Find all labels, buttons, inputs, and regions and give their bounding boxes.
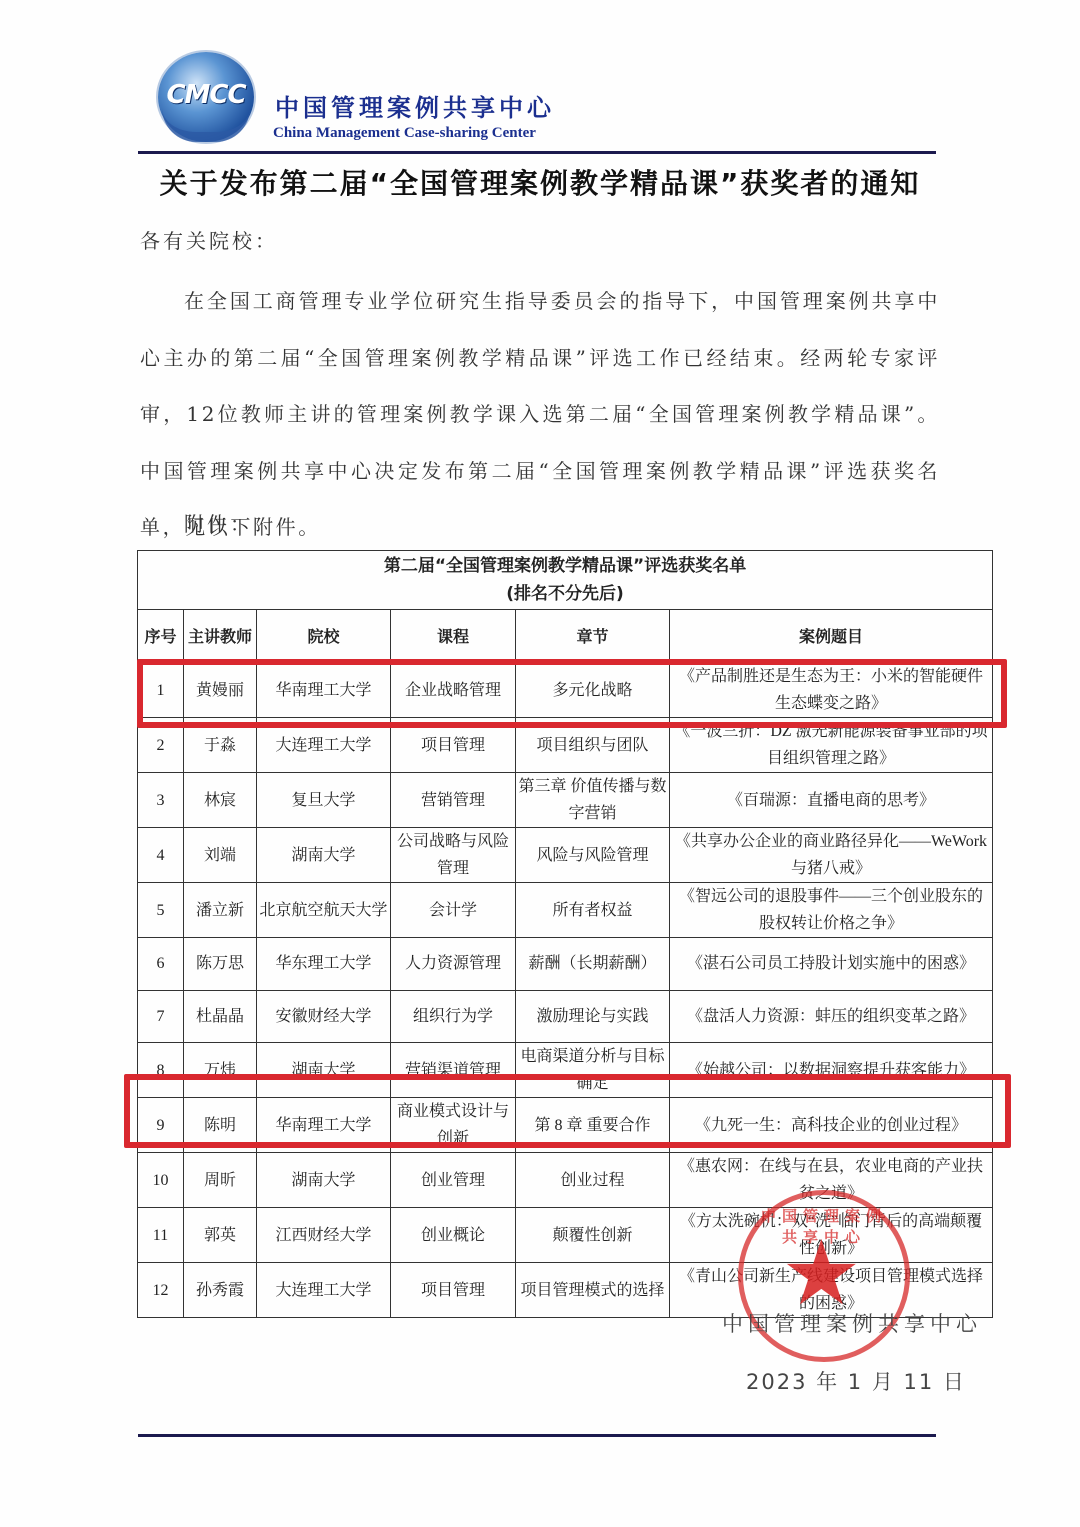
cell-chapter: 项目组织与团队 <box>516 718 670 773</box>
table-caption-note: (排名不分先后) <box>140 580 990 608</box>
cell-case-title: 《共享办公企业的商业路径异化——WeWork 与猪八戒》 <box>670 828 993 883</box>
cell-chapter: 薪酬（长期薪酬） <box>516 938 670 991</box>
cell-course: 营销管理 <box>391 773 516 828</box>
cell-case-title: 《智远公司的退股事件——三个创业股东的股权转让价格之争》 <box>670 883 993 938</box>
cell-teacher: 万炜 <box>184 1043 257 1098</box>
header-course: 课程 <box>391 610 516 663</box>
cell-chapter: 创业过程 <box>516 1153 670 1208</box>
header-case-title: 案例题目 <box>670 610 993 663</box>
cell-index: 5 <box>138 883 184 938</box>
cell-chapter: 颠覆性创新 <box>516 1208 670 1263</box>
cell-teacher: 林宸 <box>184 773 257 828</box>
cell-index: 2 <box>138 718 184 773</box>
cell-chapter: 第 8 章 重要合作 <box>516 1098 670 1153</box>
salutation: 各有关院校： <box>140 225 278 254</box>
table-caption-row: 第二届“全国管理案例教学精品课”评选获奖名单 (排名不分先后) <box>138 551 993 610</box>
table-caption-title: 第二届“全国管理案例教学精品课”评选获奖名单 <box>140 552 990 580</box>
cell-teacher: 刘端 <box>184 828 257 883</box>
cell-school: 大连理工大学 <box>257 1263 391 1318</box>
cell-case-title: 《九死一生：高科技企业的创业过程》 <box>670 1098 993 1153</box>
cell-teacher: 陈万思 <box>184 938 257 991</box>
cell-index: 6 <box>138 938 184 991</box>
cell-index: 11 <box>138 1208 184 1263</box>
cell-chapter: 第三章 价值传播与数字营销 <box>516 773 670 828</box>
signature-organization: 中国管理案例共享中心 <box>722 1308 982 1338</box>
cell-chapter: 所有者权益 <box>516 883 670 938</box>
cell-teacher: 孙秀霞 <box>184 1263 257 1318</box>
cell-school: 复旦大学 <box>257 773 391 828</box>
cell-course: 项目管理 <box>391 1263 516 1318</box>
header-index: 序号 <box>138 610 184 663</box>
cell-index: 1 <box>138 663 184 718</box>
document-title: 关于发布第二届“全国管理案例教学精品课”获奖者的通知 <box>0 162 1080 202</box>
cell-index: 9 <box>138 1098 184 1153</box>
cell-course: 组织行为学 <box>391 990 516 1043</box>
header-teacher: 主讲教师 <box>184 610 257 663</box>
footer-divider <box>138 1434 936 1437</box>
cell-teacher: 陈明 <box>184 1098 257 1153</box>
cell-school: 安徽财经大学 <box>257 990 391 1043</box>
table-row: 7杜晶晶安徽财经大学组织行为学激励理论与实践《盘活人力资源：蚌压的组织变革之路》 <box>138 990 993 1043</box>
table-row: 8万炜湖南大学营销渠道管理电商渠道分析与目标确定《始越公司：以数据洞察提升获客能… <box>138 1043 993 1098</box>
attachment-label: 附件： <box>184 508 253 537</box>
cell-school: 湖南大学 <box>257 1153 391 1208</box>
cell-course: 商业模式设计与创新 <box>391 1098 516 1153</box>
cell-index: 8 <box>138 1043 184 1098</box>
org-name-cn: 中国管理案例共享中心 <box>275 88 555 123</box>
org-name-en: China Management Case-sharing Center <box>273 125 536 142</box>
cell-school: 大连理工大学 <box>257 718 391 773</box>
table-row: 2于淼大连理工大学项目管理项目组织与团队《一波三折：DZ 激光新能源装备事业部的… <box>138 718 993 773</box>
cell-school: 华南理工大学 <box>257 1098 391 1153</box>
cell-chapter: 电商渠道分析与目标确定 <box>516 1043 670 1098</box>
cell-school: 华南理工大学 <box>257 663 391 718</box>
cell-course: 创业概论 <box>391 1208 516 1263</box>
cell-case-title: 《盘活人力资源：蚌压的组织变革之路》 <box>670 990 993 1043</box>
cell-course: 项目管理 <box>391 718 516 773</box>
logo-text: CMCC <box>164 80 248 110</box>
cell-course: 公司战略与风险管理 <box>391 828 516 883</box>
cell-teacher: 于淼 <box>184 718 257 773</box>
cell-course: 会计学 <box>391 883 516 938</box>
cell-teacher: 杜晶晶 <box>184 990 257 1043</box>
cell-case-title: 《一波三折：DZ 激光新能源装备事业部的项目组织管理之路》 <box>670 718 993 773</box>
cell-index: 7 <box>138 990 184 1043</box>
table-row: 3林宸复旦大学营销管理第三章 价值传播与数字营销《百瑞源：直播电商的思考》 <box>138 773 993 828</box>
cell-teacher: 黄嫚丽 <box>184 663 257 718</box>
cell-chapter: 激励理论与实践 <box>516 990 670 1043</box>
header-chapter: 章节 <box>516 610 670 663</box>
table-row: 5潘立新北京航空航天大学会计学所有者权益《智远公司的退股事件——三个创业股东的股… <box>138 883 993 938</box>
cell-course: 企业战略管理 <box>391 663 516 718</box>
header-divider <box>138 151 936 154</box>
cell-course: 人力资源管理 <box>391 938 516 991</box>
table-row: 6陈万思华东理工大学人力资源管理薪酬（长期薪酬）《湛石公司员工持股计划实施中的困… <box>138 938 993 991</box>
table-row: 1黄嫚丽华南理工大学企业战略管理多元化战略《产品制胜还是生态为王：小米的智能硬件… <box>138 663 993 718</box>
cell-course: 营销渠道管理 <box>391 1043 516 1098</box>
cell-case-title: 《始越公司：以数据洞察提升获客能力》 <box>670 1043 993 1098</box>
cell-chapter: 项目管理模式的选择 <box>516 1263 670 1318</box>
cell-index: 10 <box>138 1153 184 1208</box>
cell-chapter: 多元化战略 <box>516 663 670 718</box>
cell-case-title: 《产品制胜还是生态为王：小米的智能硬件生态蝶变之路》 <box>670 663 993 718</box>
table-caption: 第二届“全国管理案例教学精品课”评选获奖名单 (排名不分先后) <box>138 551 993 610</box>
cell-school: 湖南大学 <box>257 828 391 883</box>
cell-case-title: 《湛石公司员工持股计划实施中的困惑》 <box>670 938 993 991</box>
signature-date: 2023 年 1 月 11 日 <box>746 1366 966 1396</box>
cell-school: 华东理工大学 <box>257 938 391 991</box>
cell-index: 12 <box>138 1263 184 1318</box>
cell-school: 湖南大学 <box>257 1043 391 1098</box>
cell-teacher: 郭英 <box>184 1208 257 1263</box>
table-header-row: 序号 主讲教师 院校 课程 章节 案例题目 <box>138 610 993 663</box>
logo-ring <box>162 108 250 142</box>
cell-teacher: 潘立新 <box>184 883 257 938</box>
cell-school: 北京航空航天大学 <box>257 883 391 938</box>
cell-case-title: 《百瑞源：直播电商的思考》 <box>670 773 993 828</box>
body-paragraph: 在全国工商管理专业学位研究生指导委员会的指导下，中国管理案例共享中心主办的第二届… <box>140 273 940 556</box>
cell-index: 3 <box>138 773 184 828</box>
table-row: 9陈明华南理工大学商业模式设计与创新第 8 章 重要合作《九死一生：高科技企业的… <box>138 1098 993 1153</box>
cell-teacher: 周昕 <box>184 1153 257 1208</box>
table-row: 4刘端湖南大学公司战略与风险管理风险与风险管理《共享办公企业的商业路径异化——W… <box>138 828 993 883</box>
cell-course: 创业管理 <box>391 1153 516 1208</box>
cell-school: 江西财经大学 <box>257 1208 391 1263</box>
header-school: 院校 <box>257 610 391 663</box>
cell-index: 4 <box>138 828 184 883</box>
star-icon: ★ <box>781 1229 862 1319</box>
letterhead: CMCC 中国管理案例共享中心 China Management Case-sh… <box>150 52 940 152</box>
cmcc-logo-icon: CMCC <box>158 52 254 142</box>
cell-chapter: 风险与风险管理 <box>516 828 670 883</box>
